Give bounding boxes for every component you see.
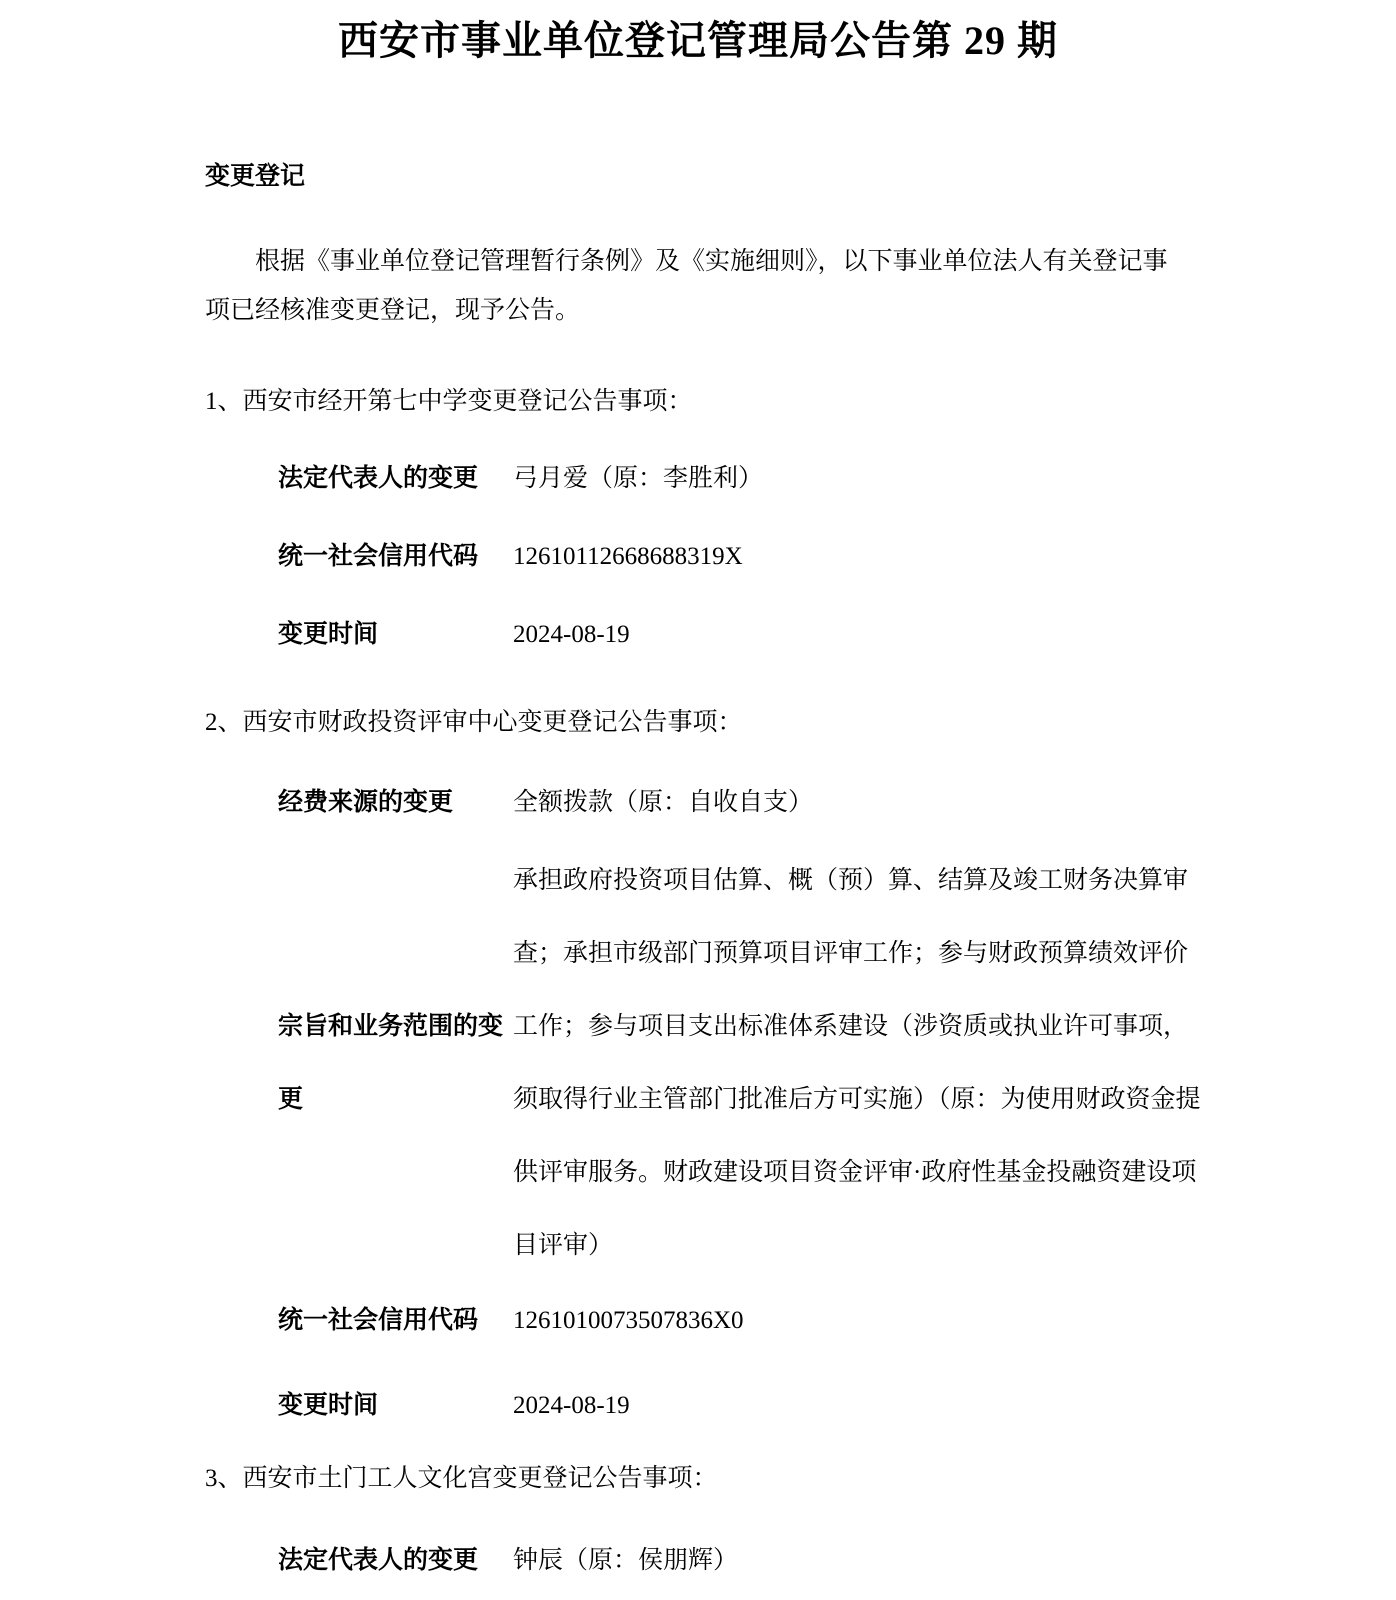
entry-3-row-legal-representative: 法定代表人的变更 钟辰（原：侯朋辉）	[205, 1544, 1191, 1577]
row-value: 12610112668688319X	[513, 540, 1203, 573]
intro-paragraph: 根据《事业单位登记管理暂行条例》及《实施细则》，以下事业单位法人有关登记事项已经…	[205, 237, 1191, 335]
entry-3-heading: 3、西安市土门工人文化宫变更登记公告事项：	[205, 1464, 1191, 1494]
row-value: 1261010073507836X0	[513, 1304, 1203, 1337]
row-label: 法定代表人的变更	[278, 462, 513, 495]
row-label: 变更时间	[278, 618, 513, 651]
row-value: 钟辰（原：侯朋辉）	[513, 1544, 1203, 1577]
row-label: 法定代表人的变更	[278, 1544, 513, 1577]
row-value: 2024-08-19	[513, 618, 1203, 651]
row-value: 2024-08-19	[513, 1389, 1203, 1422]
entry-1-row-change-date: 变更时间 2024-08-19	[205, 618, 1191, 651]
row-label: 经费来源的变更	[278, 786, 513, 819]
row-label: 变更时间	[278, 1389, 513, 1422]
announcement-document: 西安市事业单位登记管理局公告第 29 期 变更登记 根据《事业单位登记管理暂行条…	[0, 0, 1396, 1600]
entry-1-row-legal-representative: 法定代表人的变更 弓月爱（原：李胜利）	[205, 462, 1191, 495]
row-label: 统一社会信用代码	[278, 540, 513, 573]
entry-2-row-change-date: 变更时间 2024-08-19	[205, 1389, 1191, 1422]
row-value: 全额拨款（原：自收自支）	[513, 786, 1203, 819]
entry-2-row-funding-source: 经费来源的变更 全额拨款（原：自收自支）	[205, 786, 1191, 819]
entry-1-heading: 1、西安市经开第七中学变更登记公告事项：	[205, 387, 1191, 417]
row-label: 宗旨和业务范围的变更	[278, 990, 513, 1136]
page-title: 西安市事业单位登记管理局公告第 29 期	[205, 16, 1191, 66]
entry-2-row-credit-code: 统一社会信用代码 1261010073507836X0	[205, 1304, 1191, 1337]
entry-1-row-credit-code: 统一社会信用代码 12610112668688319X	[205, 540, 1191, 573]
entry-2-heading: 2、西安市财政投资评审中心变更登记公告事项：	[205, 708, 1191, 738]
entry-2-row-business-scope: 宗旨和业务范围的变更 承担政府投资项目估算、概（预）算、结算及竣工财务决算审查；…	[205, 844, 1191, 1282]
section-heading: 变更登记	[205, 164, 1191, 190]
row-label: 统一社会信用代码	[278, 1304, 513, 1337]
row-value: 弓月爱（原：李胜利）	[513, 462, 1203, 495]
row-value: 承担政府投资项目估算、概（预）算、结算及竣工财务决算审查；承担市级部门预算项目评…	[513, 844, 1203, 1282]
